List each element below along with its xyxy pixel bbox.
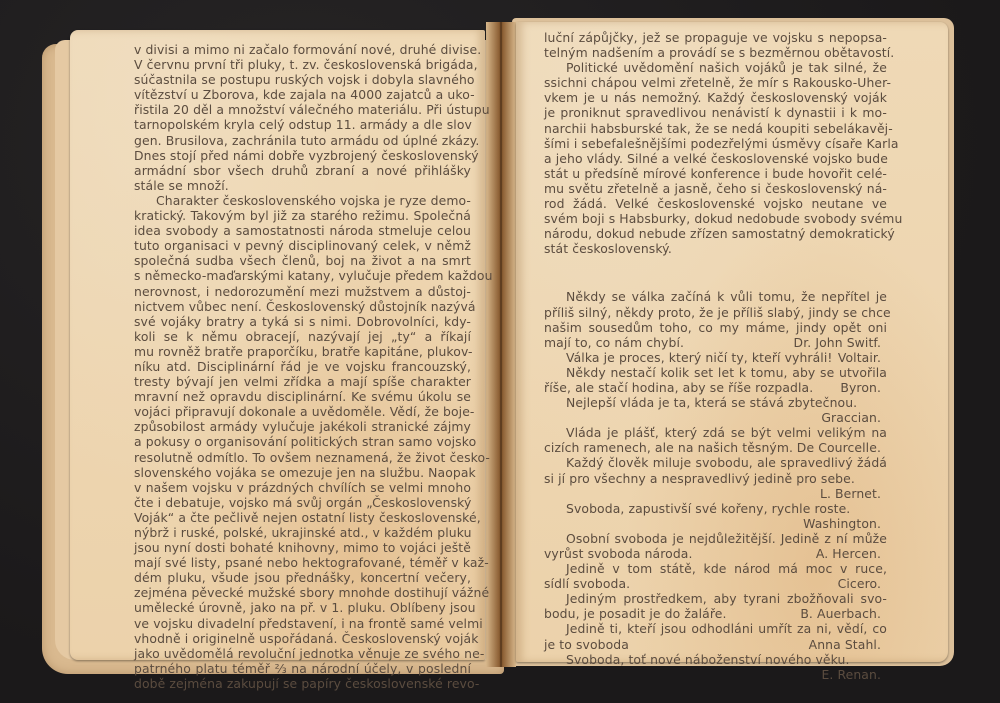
quote-author: Graccian. xyxy=(544,410,887,425)
quote-line: našim sousedům toho, co my máme, jindy o… xyxy=(544,320,887,335)
quote-line: Svoboda, zapustivší své kořeny, rychle r… xyxy=(544,501,887,516)
text-line: nýbrž i ruské, polské, ukrajinské atd., … xyxy=(134,525,471,540)
text-line: tarnopolském kryla celý odstup 11. armád… xyxy=(134,117,471,132)
text-line: nictvem vůbec není. Československý důsto… xyxy=(134,299,471,314)
text-line: jako uvědomělá revoluční jednotka věnuje… xyxy=(134,646,471,661)
quotation: Osobní svoboda je nejdůležitější. Jedině… xyxy=(544,531,887,561)
text-line: gen. Brusilova, zachránila tuto armádu o… xyxy=(134,133,471,148)
quotation: Jedině ti, kteří jsou odhodláni umřít za… xyxy=(544,621,887,651)
quote-line: je to svobodaAnna Stahl. xyxy=(544,637,887,652)
quote-author: Cicero. xyxy=(838,576,887,591)
text-line: narchii habsburské tak, že se nedá koupi… xyxy=(544,121,887,136)
quote-line: Nejlepší vláda je ta, která se stává zby… xyxy=(544,395,887,410)
quote-line: příliš silný, někdy proto, že je příliš … xyxy=(544,305,887,320)
text-line: slovenského vojáka se omezuje jen na slu… xyxy=(134,465,471,480)
quote-line: Válka je proces, který ničí ty, kteří vy… xyxy=(544,350,887,365)
text-line: své vojáky bratry a tyká si s nimi. Dobr… xyxy=(134,314,471,329)
quotation: Nejlepší vláda je ta, která se stává zby… xyxy=(544,395,887,425)
paragraph: Politické uvědomění našich vojáků je tak… xyxy=(544,60,887,256)
paragraph: luční zápůjčky, jež se propaguje ve vojs… xyxy=(544,30,887,60)
quote-line: Jedině v tom státě, kde národ má moc v r… xyxy=(544,561,887,576)
right-page-text: luční zápůjčky, jež se propaguje ve vojs… xyxy=(544,30,887,682)
quote-line: si jí pro všechny a nespravedlivý jedině… xyxy=(544,471,887,486)
text-line: čte i debatuje, vojsko má svůj orgán „Če… xyxy=(134,495,471,510)
quote-line: vyrůst svoboda národa.A. Hercen. xyxy=(544,546,887,561)
text-line: zejména pěvecké mužské sbory mnohde dost… xyxy=(134,585,471,600)
text-line: s německo-maďarskými katany, vylučuje př… xyxy=(134,268,471,283)
quote-author: De Courcelle. xyxy=(797,440,887,455)
quote-line: bodu, je posadit je do žaláře.B. Auerbac… xyxy=(544,606,887,621)
quotation: Svoboda, toť nové náboženství nového věk… xyxy=(544,652,887,682)
left-page-text: v divisi a mimo ni začalo formování nové… xyxy=(134,42,471,691)
text-line: svém boji s Habsburky, dokud nedobude sv… xyxy=(544,211,887,226)
text-line: ve vojsku divadelní představení, i na fr… xyxy=(134,616,471,631)
quote-line: říše, ale stačí hodina, aby se říše rozp… xyxy=(544,380,887,395)
text-line: způsobilost armády vylučuje jakékoli str… xyxy=(134,419,471,434)
text-line: resolutně odmítlo. To ovšem neznamená, ž… xyxy=(134,450,471,465)
quote-author: Byron. xyxy=(840,380,887,395)
text-line: Voják“ a čte pečlivě nejen ostatní listy… xyxy=(134,510,471,525)
text-line: vkem je u nás nemožný. Každý českosloven… xyxy=(544,90,887,105)
booklet-spine xyxy=(486,22,516,667)
text-line: armádní sbor všech druhů zbraní a nové p… xyxy=(134,163,471,178)
quote-author: Voltair. xyxy=(838,350,887,365)
quotations-section: Někdy se válka začíná k vůli tomu, že ne… xyxy=(544,289,887,681)
text-line: súčastnila se postupu ruských vojsk i do… xyxy=(134,72,471,87)
text-line: vhodně i originelně uspořádaná. Českoslo… xyxy=(134,631,471,646)
quote-author: A. Hercen. xyxy=(816,546,887,561)
text-line: tresty bývají jen velmi zřídka a mají sp… xyxy=(134,374,471,389)
text-line: rod žádá. Velké československé vojsko ne… xyxy=(544,196,887,211)
text-line: jsou nyní dosti bohaté knihovny, mimo to… xyxy=(134,540,471,555)
text-line: v divisi a mimo ni začalo formování nové… xyxy=(134,42,471,57)
quote-author: Washington. xyxy=(544,516,887,531)
text-line: společná sudba všech členů, boj na život… xyxy=(134,253,471,268)
quote-line: sídlí svoboda.Cicero. xyxy=(544,576,887,591)
quote-author: E. Renan. xyxy=(544,667,887,682)
text-line: nerovnost, i nedorozumění mezi mužstvem … xyxy=(134,284,471,299)
quotation: Svoboda, zapustivší své kořeny, rychle r… xyxy=(544,501,887,531)
quotation: Jedině v tom státě, kde národ má moc v r… xyxy=(544,561,887,591)
text-line: mu rovněž bratře praporčíku, bratře kapi… xyxy=(134,344,471,359)
quote-line: Svoboda, toť nové náboženství nového věk… xyxy=(544,652,887,667)
text-line: Politické uvědomění našich vojáků je tak… xyxy=(544,60,887,75)
paragraph: Charakter československého vojska je ryz… xyxy=(134,193,471,691)
paragraph: v divisi a mimo ni začalo formování nové… xyxy=(134,42,471,193)
text-line: vítězství u Zborova, kde zajala na 4000 … xyxy=(134,87,471,102)
text-line: řistila 20 děl a množství válečného mate… xyxy=(134,102,471,117)
text-line: době zejména zakupují se papíry českoslo… xyxy=(134,676,471,691)
text-line: idea svobody a samostatnosti národa stme… xyxy=(134,223,471,238)
quotation: Vláda je plášť, který zdá se být velmi v… xyxy=(544,425,887,455)
text-line: kratický. Takovým byl již za starého rež… xyxy=(134,208,471,223)
text-line: je proniknut spravedlivou nenávistí k dy… xyxy=(544,105,887,120)
quote-line: Někdy nestačí kolik set let k tomu, aby … xyxy=(544,365,887,380)
text-line: umělecké úrovně, jako na př. v 1. pluku.… xyxy=(134,600,471,615)
right-page: luční zápůjčky, jež se propaguje ve vojs… xyxy=(516,22,948,662)
text-line: v našem vojsku v prázdných chvílích se v… xyxy=(134,480,471,495)
left-page: v divisi a mimo ni začalo formování nové… xyxy=(70,30,485,660)
text-line: patrného platu téměř ⅔ na národní účely,… xyxy=(134,661,471,676)
text-line: dém pluku, všude jsou přednášky, koncert… xyxy=(134,570,471,585)
quote-line: Každý člověk miluje svobodu, ale spraved… xyxy=(544,455,887,470)
quote-line: Osobní svoboda je nejdůležitější. Jedině… xyxy=(544,531,887,546)
quote-line: Jedině ti, kteří jsou odhodláni umřít za… xyxy=(544,621,887,636)
quotation: Každý člověk miluje svobodu, ale spraved… xyxy=(544,455,887,500)
quote-line: mají to, co nám chybí.Dr. John Switf. xyxy=(544,335,887,350)
text-line: mu světu zřetelně a jasně, čeho si česko… xyxy=(544,181,887,196)
text-line: stát u předsíně mírové konference i bude… xyxy=(544,166,887,181)
text-line: národu, dokud nebude zřízen samostatný d… xyxy=(544,226,887,241)
text-line: tuto organisaci v pevný disciplinovaný c… xyxy=(134,238,471,253)
text-line: a jeho vlády. Silné a velké českoslovens… xyxy=(544,151,887,166)
text-line: Dnes stojí před námi dobře vyzbrojený če… xyxy=(134,148,471,163)
quote-author: B. Auerbach. xyxy=(800,606,887,621)
quotation: Někdy nestačí kolik set let k tomu, aby … xyxy=(544,365,887,395)
quote-author: Anna Stahl. xyxy=(809,637,887,652)
text-line: mravní než opravdu disciplinární. Ke své… xyxy=(134,389,471,404)
quote-line: Vláda je plášť, který zdá se být velmi v… xyxy=(544,425,887,440)
quote-line: Někdy se válka začíná k vůli tomu, že ne… xyxy=(544,289,887,304)
text-line: níku atd. Disciplinární řád je ve vojsku… xyxy=(134,359,471,374)
text-line: stát československý. xyxy=(544,241,887,256)
text-line: luční zápůjčky, jež se propaguje ve vojs… xyxy=(544,30,887,45)
quotation: Válka je proces, který ničí ty, kteří vy… xyxy=(544,350,887,365)
quote-line: Jediným prostředkem, aby tyrani zbožňova… xyxy=(544,591,887,606)
text-line: Charakter československého vojska je ryz… xyxy=(134,193,471,208)
quote-author: Dr. John Switf. xyxy=(794,335,887,350)
quote-author: L. Bernet. xyxy=(544,486,887,501)
quote-line: cizích ramenech, ale na našich těsným.De… xyxy=(544,440,887,455)
text-line: šími i sebefalešnějšími podezřelými úsmě… xyxy=(544,136,887,151)
quotation: Někdy se válka začíná k vůli tomu, že ne… xyxy=(544,289,887,349)
text-line: koli se k němu obracejí, nazývají jej „t… xyxy=(134,329,471,344)
text-line: stále se množí. xyxy=(134,178,471,193)
text-line: V červnu první tři pluky, t. zv. českosl… xyxy=(134,57,471,72)
quotation: Jediným prostředkem, aby tyrani zbožňova… xyxy=(544,591,887,621)
text-line: a pokusy o organisování politických stra… xyxy=(134,434,471,449)
text-line: mají své listy, psané nebo hektografovan… xyxy=(134,555,471,570)
text-line: telným nadšením a provádí se s bezměrnou… xyxy=(544,45,887,60)
text-line: vojáci připravují dokonale a uvědoměle. … xyxy=(134,404,471,419)
text-line: ssichni chápou velmi zřetelně, že mír s … xyxy=(544,75,887,90)
